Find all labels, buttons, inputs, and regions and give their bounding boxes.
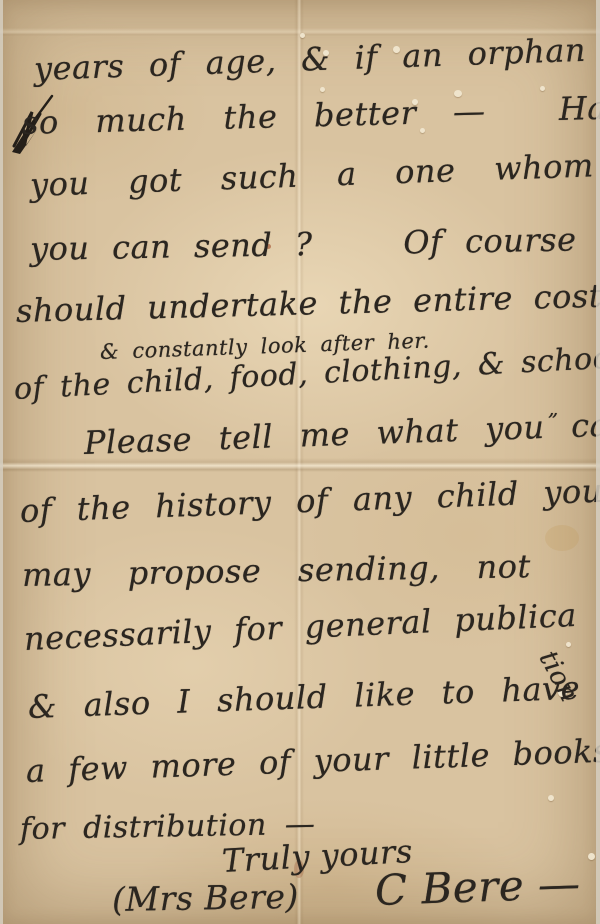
letter-line-4: you can send ? Of course we bbox=[30, 219, 600, 268]
letter-line-12: a few more of your little books bbox=[25, 732, 600, 790]
scanned-letter-page: { "letter": { "kind": "handwritten-lette… bbox=[0, 0, 600, 924]
age-stain bbox=[545, 525, 579, 551]
scan-edge-left bbox=[0, 0, 3, 924]
letter-line-3: you got such a one whom bbox=[29, 146, 594, 204]
letter-line-5: should undertake the entire cost bbox=[16, 277, 600, 330]
letter-line-11: & also I should like to have bbox=[27, 669, 580, 726]
paper-speck bbox=[320, 87, 325, 92]
paper-speck bbox=[588, 853, 595, 860]
paper-speck bbox=[566, 642, 571, 647]
letter-line-1: years of age, & if an orphan bbox=[33, 31, 586, 88]
scan-edge-right bbox=[596, 0, 600, 924]
paper-speck bbox=[548, 795, 554, 801]
letter-line-2: so much the better — Have bbox=[22, 88, 600, 142]
letter-line-7: Please tell me what you can bbox=[83, 405, 600, 462]
letter-line-8: of the history of any child you bbox=[19, 472, 600, 530]
paper-speck bbox=[300, 33, 305, 38]
letter-line-9: may propose sending, not bbox=[22, 547, 531, 594]
signature: C Bere — bbox=[374, 859, 581, 915]
signature-name-label: (Mrs Bere) bbox=[112, 877, 299, 919]
aged-paper-background: years of age, & if an orphan so much the… bbox=[0, 0, 600, 924]
